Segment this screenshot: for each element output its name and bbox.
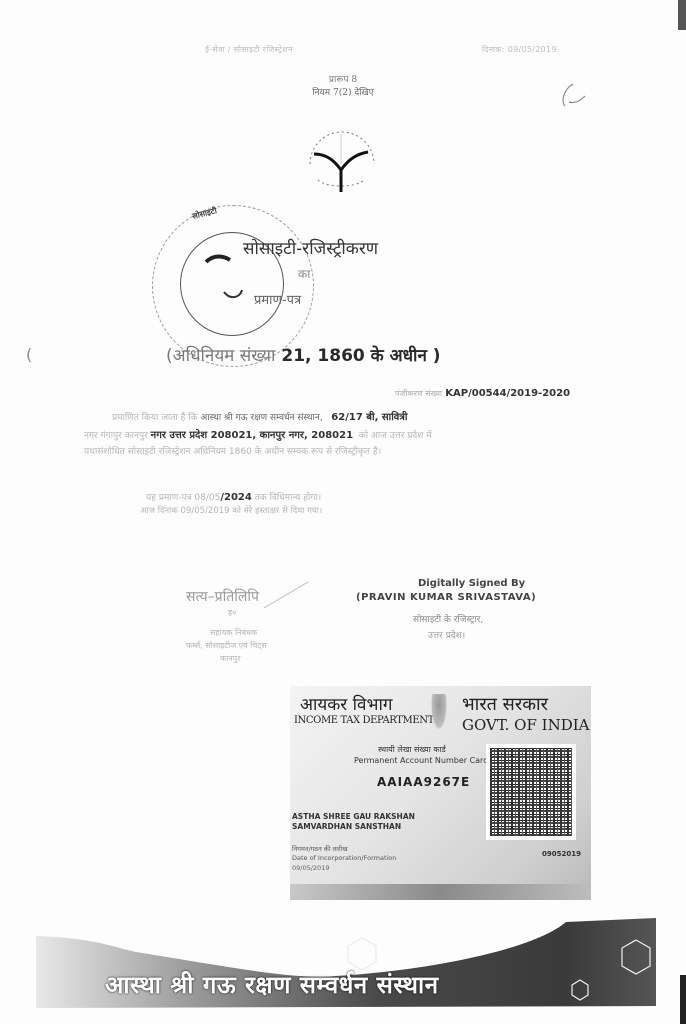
signer-state: उत्तर प्रदेश।	[428, 628, 465, 641]
issue-line: आज दिनांक 09/05/2019 को मेरे हस्ताक्षर स…	[140, 505, 322, 516]
signer-designation: सोसाइटी के रजिस्ट्रार,	[413, 612, 483, 625]
seal-mark-icon	[200, 250, 260, 310]
validity-date: /2024	[220, 492, 251, 503]
pan-card-shadow	[290, 884, 591, 900]
pan-date-label-english: Date of Incorporation/Formation	[292, 854, 396, 862]
certificate-title-line2: का	[298, 265, 310, 282]
pan-code: 09052019	[542, 850, 581, 858]
validity-faint: यह प्रमाण-पत्र 08/05	[146, 493, 220, 503]
banner-title: आस्था श्री गऊ रक्षण सम्वर्धन संस्थान	[105, 968, 439, 1001]
header-faint-date: दिनांक: 09/05/2019	[482, 44, 557, 55]
act-text: 21, 1860 के अधीन )	[275, 346, 440, 366]
society-address-cont: नगर उत्तर प्रदेश 208021, कानपुर नगर, 208…	[151, 430, 353, 441]
handwritten-mark-icon	[555, 80, 595, 110]
signed-by-label: Digitally Signed By	[418, 578, 525, 589]
qr-code-icon	[486, 744, 576, 840]
body-faint-tail: को आज उत्तर प्रदेश में	[359, 431, 432, 441]
validity-text: तक विधिमान्य होगा।	[255, 493, 321, 503]
registration-label: पंजीकरण संख्या	[395, 389, 442, 398]
society-name: आस्था श्री गऊ रक्षण सम्वर्धन संस्थान,	[200, 413, 322, 423]
issue-year: 2019	[208, 506, 230, 516]
issue-faint: आज दिनांक 09/05/	[140, 506, 208, 516]
true-copy-label: सत्य–प्रतिलिपि	[186, 587, 259, 606]
pan-date-value: 09/05/2019	[292, 864, 329, 872]
body-line-3: यथासंशोधित सोसाइटी रजिस्ट्रेशन अधिनियम 1…	[84, 444, 381, 457]
pan-holder-name-1: ASTHA SHREE GAU RAKSHAN	[292, 812, 415, 821]
body-line-1: प्रमाणित किया जाता है कि आस्था श्री गऊ र…	[112, 409, 407, 423]
body-act-text: यथासंशोधित सोसाइटी रजिस्ट्रेशन अधिनियम 1…	[84, 447, 381, 457]
body-faint: नगर गंगापुर कानपुर	[84, 431, 148, 441]
up-govt-emblem-icon	[296, 124, 386, 196]
pan-dept-hindi: आयकर विभाग	[300, 692, 392, 715]
issue-text: को मेरे हस्ताक्षर से दिया गया।	[232, 506, 322, 516]
act-prefix: (अधिनियम संख्या	[166, 346, 275, 366]
scan-edge	[678, 0, 686, 30]
punch-hole-mark: (	[26, 345, 32, 364]
copy-designation: सहायक निबंधक	[210, 627, 257, 638]
certificate-title-line1: सोसाइटी-रजिस्ट्रीकरण	[243, 236, 378, 259]
header-faint-text: ई-सेवा / सोसाइटी रजिस्ट्रेशन	[205, 44, 293, 55]
validity-line: यह प्रमाण-पत्र 08/05/2024 तक विधिमान्य ह…	[146, 490, 321, 503]
certificate-title-line3: प्रमाण-पत्र	[254, 290, 301, 308]
pan-govt-english: GOVT. OF INDIA	[462, 716, 590, 734]
body-line-2: नगर गंगापुर कानपुर नगर उत्तर प्रदेश 2080…	[84, 427, 432, 441]
pan-card-image: आयकर विभाग INCOME TAX DEPARTMENT भारत सर…	[290, 686, 591, 900]
act-reference: (अधिनियम संख्या 21, 1860 के अधीन )	[166, 343, 441, 366]
pan-govt-hindi: भारत सरकार	[462, 692, 548, 716]
pen-stroke-icon	[262, 580, 312, 610]
registration-number: KAP/00544/2019-2020	[445, 388, 570, 399]
body-faint: प्रमाणित किया जाता है कि	[112, 413, 198, 423]
society-address: 62/17 बी, सावित्री	[331, 412, 407, 423]
ashoka-emblem-icon	[431, 694, 447, 730]
copy-office: फर्म्स, सोसाइटीज एवं चिट्स	[186, 640, 267, 651]
registration-number-row: पंजीकरण संख्या KAP/00544/2019-2020	[395, 388, 570, 399]
pan-card-type-hindi: स्थायी लेखा संख्या कार्ड	[378, 744, 446, 755]
pan-holder-name-2: SAMVARDHAN SANSTHAN	[292, 822, 401, 831]
pan-card-type-english: Permanent Account Number Card	[354, 756, 488, 765]
copy-initial: ह०	[228, 607, 236, 618]
scan-edge-bottom	[680, 975, 686, 1024]
pan-dept-english: INCOME TAX DEPARTMENT	[294, 715, 434, 726]
signer-name: (PRAVIN KUMAR SRIVASTAVA)	[356, 592, 536, 603]
pan-date-label-hindi: निगमन/गठन की तारीख	[292, 844, 348, 853]
pan-number: AAIAA9267E	[377, 775, 470, 789]
copy-city: कानपुर	[220, 653, 240, 664]
